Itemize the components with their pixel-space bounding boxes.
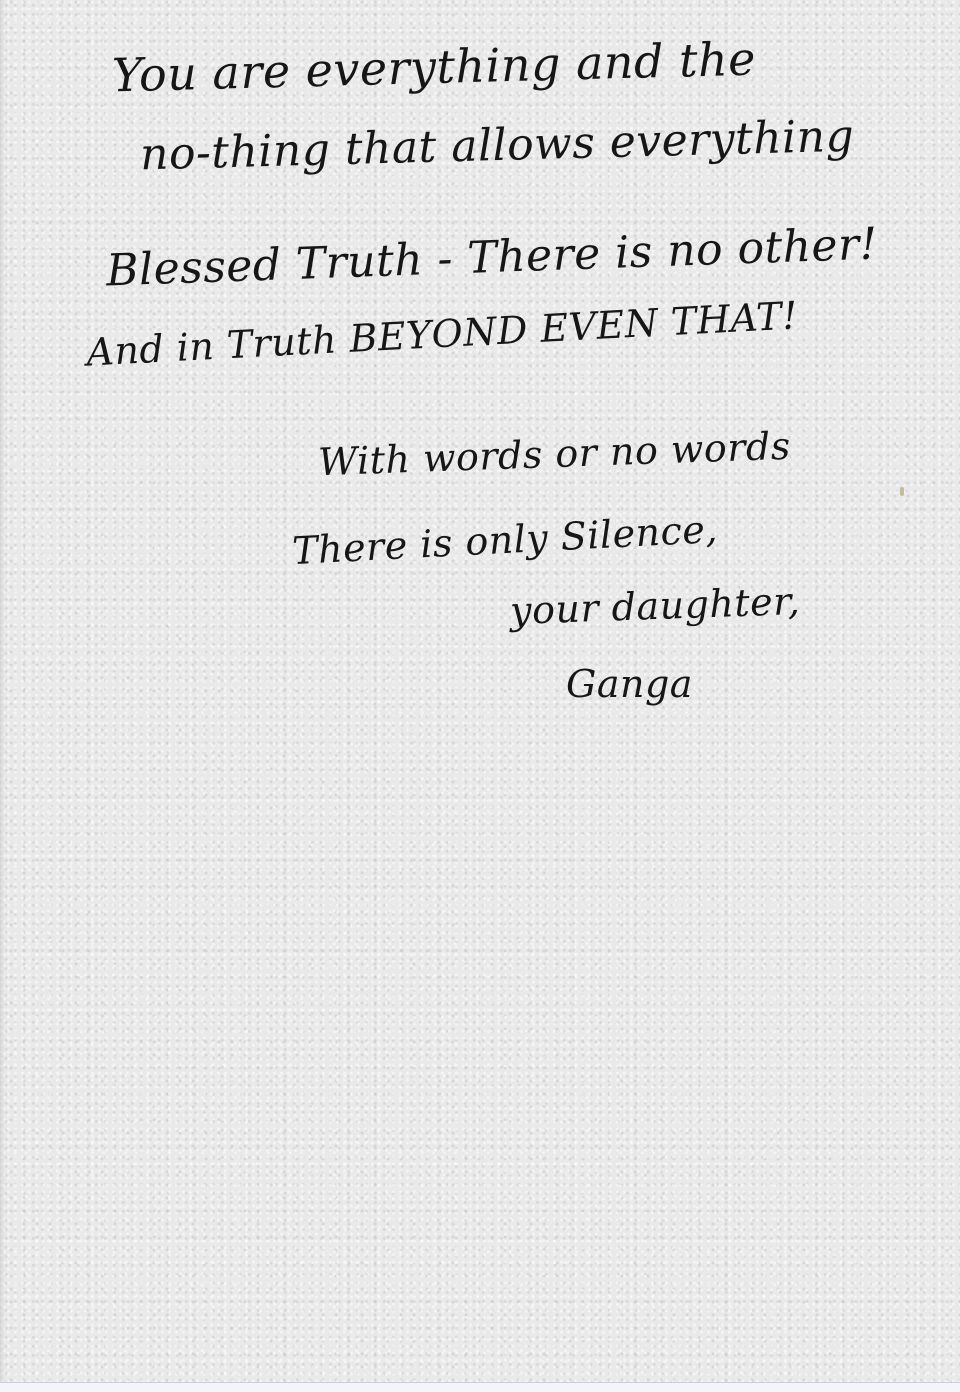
note-line-2: no-thing that allows everything [139, 111, 854, 181]
note-line-4: And in Truth BEYOND EVEN THAT! [85, 293, 799, 374]
signature-closing: your daughter, [509, 579, 801, 633]
note-line-5: With words or no words [317, 424, 791, 484]
note-line-3: Blessed Truth - There is no other! [105, 219, 878, 297]
paper-sheet: You are everything and the no-thing that… [0, 0, 960, 1382]
paper-speck [900, 487, 904, 496]
note-line-6: There is only Silence, [291, 507, 719, 573]
note-line-1: You are everything and the [111, 32, 756, 103]
scan-bottom-edge [0, 1382, 960, 1392]
signature-name: Ganga [566, 662, 693, 706]
scan-edge-shadow [0, 0, 5, 1382]
